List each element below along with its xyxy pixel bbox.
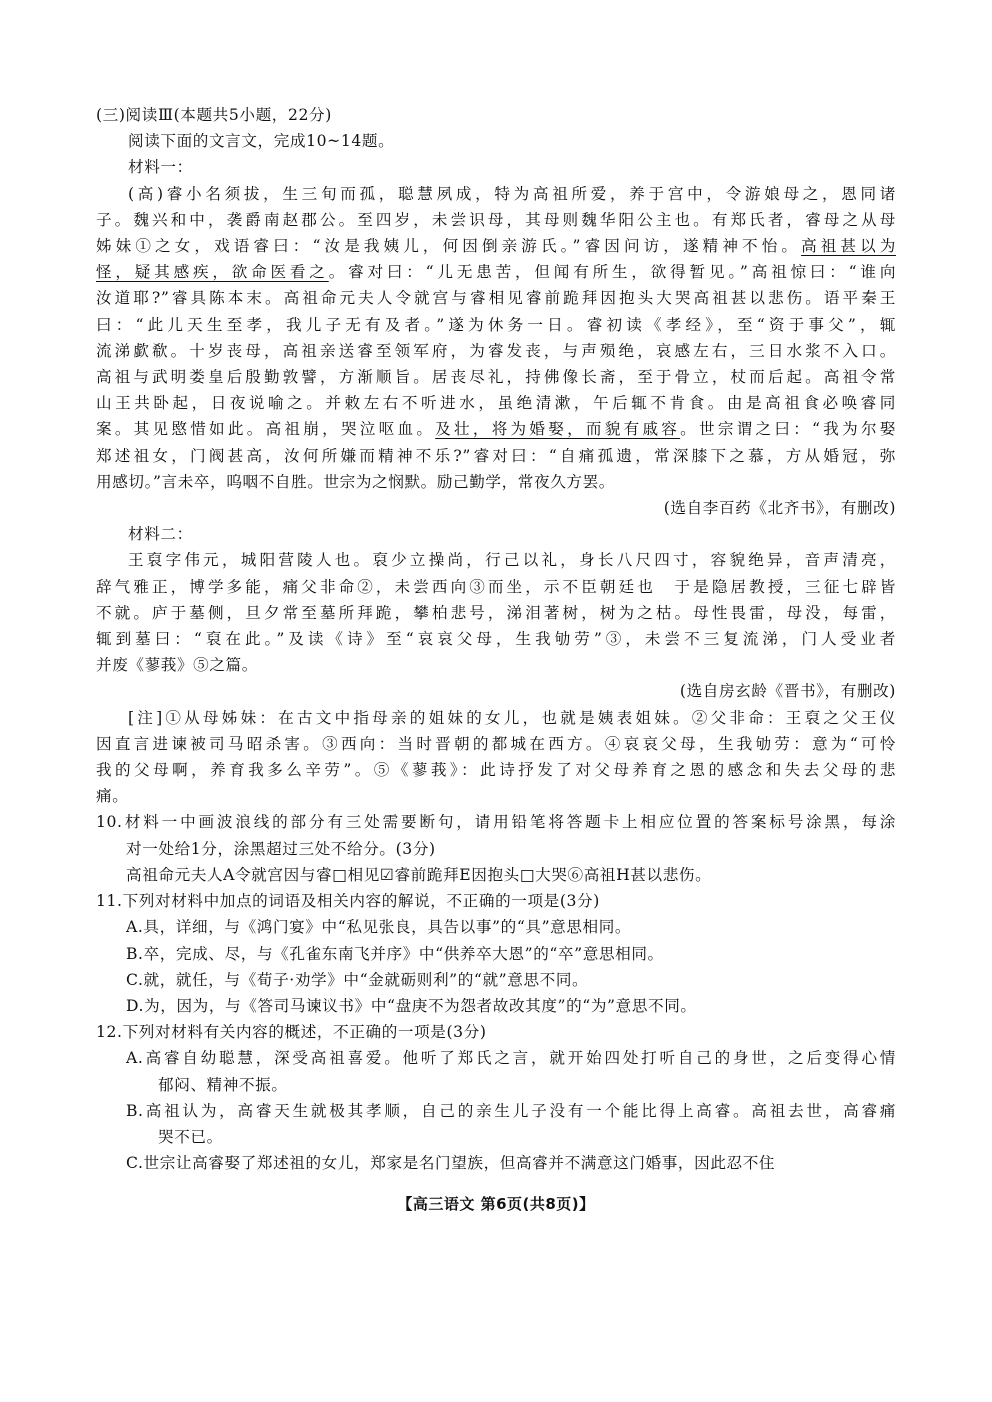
question-stem: 11.下列对材料中加点的词语及相关内容的解说，不正确的一项是(3分) (96, 888, 896, 914)
text-line: 曰：“此儿天生至孝，我儿子无有及者。”遂为休务一日。睿初读《孝经》，至“资于事父… (96, 312, 896, 338)
question-12: 12.下列对材料有关内容的概述，不正确的一项是(3分) A.高睿自幼聪慧，深受高… (96, 1019, 896, 1176)
text-line: 高祖与武明娄皇后殷勤敦譬，方渐顺旨。居丧尽礼，持佛像长斋，至于骨立，杖而后起。高… (96, 364, 896, 390)
question-stem: 10.材料一中画波浪线的部分有三处需要断句，请用铅笔将答题卡上相应位置的答案标号… (96, 809, 896, 835)
question-stem: 对一处给1分，涂黑超过三处不给分。(3分) (96, 836, 896, 862)
page-footer: 【高三语文 第6页(共8页)】 (0, 1193, 992, 1214)
text-line: 姊妹①之女，戏语睿曰：“汝是我姨儿，何因倒亲游氏。”睿因问访，遂精神不怡。高祖甚… (96, 233, 896, 259)
section-instruction: 阅读下面的文言文，完成10~14题。 (96, 128, 896, 154)
text-line: 王裒字伟元，城阳营陵人也。裒少立操尚，行己以礼，身长八尺四寸，容貌绝异，音声清亮… (96, 547, 896, 573)
underlined-phrase: 高祖甚以为 (801, 237, 896, 255)
text-line: 用感切。”言未卒，呜咽不自胜。世宗为之悯默。励己勤学，常夜久方罢。 (96, 469, 896, 495)
option-b: B.卒，完成、尽，与《孔雀东南飞并序》中“供养卒大恩”的“卒”意思相同。 (96, 941, 896, 967)
material2-label: 材料二： (96, 521, 896, 547)
answer-sentence: 高祖命元夫人A令就宫因与睿□相见☑睿前跪拜E因抱头□大哭⑥高祖H甚以悲伤。 (96, 862, 896, 888)
option-d: D.为，因为，与《答司马谏议书》中“盘庚不为怨者故改其度”的“为”意思不同。 (96, 993, 896, 1019)
question-10: 10.材料一中画波浪线的部分有三处需要断句，请用铅笔将答题卡上相应位置的答案标号… (96, 809, 896, 888)
material1-label: 材料一： (96, 154, 896, 180)
text-line: 辄到墓曰：“裒在此。”及读《诗》至“哀哀父母，生我劬劳”③，未尝不三复流涕，门人… (96, 626, 896, 652)
underlined-phrase: 怪，疑其感疾，欲命医看之 (96, 263, 329, 281)
text-line: 并废《蓼莪》⑤之篇。 (96, 652, 896, 678)
note-line: 因直言进谏被司马昭杀害。③西向：当时晋朝的都城在西方。④哀哀父母，生我劬劳：意为… (96, 731, 896, 757)
exam-page: (三)阅读Ⅲ(本题共5小题，22分) 阅读下面的文言文，完成10~14题。 材料… (96, 102, 896, 1176)
question-stem: 12.下列对材料有关内容的概述，不正确的一项是(3分) (96, 1019, 896, 1045)
text-line: 子。魏兴和中，袭爵南赵郡公。至四岁，未尝识母，其母则魏华阳公主也。有郑氏者，睿母… (96, 207, 896, 233)
material2-source: (选自房玄龄《晋书》，有删改) (96, 678, 896, 704)
text-line: 案。其见愍惜如此。高祖崩，哭泣呕血。及壮，将为婚娶，而貌有戚容。世宗谓之曰：“我… (96, 416, 896, 442)
underlined-phrase: 及壮，将为婚娶，而貌有戚容 (435, 420, 680, 438)
notes: [注]①从母姊妹：在古文中指母亲的姐妹的女儿，也就是姨表姐妹。②父非命：王裒之父… (96, 705, 896, 810)
option-c: C.世宗让高睿娶了郑述祖的女儿，郑家是名门望族，但高睿并不满意这门婚事，因此忍不… (96, 1150, 896, 1176)
option-a: A.高睿自幼聪慧，深受高祖喜爱。他听了郑氏之言，就开始四处打听自己的身世，之后变… (96, 1045, 896, 1071)
text-line: 不就。庐于墓侧，旦夕常至墓所拜跪，攀柏悲号，涕泪著树，树为之枯。母性畏雷，母没，… (96, 600, 896, 626)
note-line: [注]①从母姊妹：在古文中指母亲的姐妹的女儿，也就是姨表姐妹。②父非命：王裒之父… (96, 705, 896, 731)
option-b-cont: 哭不已。 (96, 1124, 896, 1150)
option-a-cont: 郁闷、精神不振。 (96, 1072, 896, 1098)
text-line: 流涕歔欷。十岁丧母，高祖亲送睿至领军府，为睿发丧，与声殒绝，哀感左右，三日水浆不… (96, 338, 896, 364)
text-line: 辞气雅正，博学多能，痛父非命②，未尝西向③而坐，示不臣朝廷也 于是隐居教授，三征… (96, 574, 896, 600)
text-line: 怪，疑其感疾，欲命医看之。睿对曰：“儿无患苦，但闻有所生，欲得暂见。”高祖惊曰：… (96, 259, 896, 285)
option-a: A.具，详细，与《鸿门宴》中“私见张良，具告以事”的“具”意思相同。 (96, 914, 896, 940)
text-line: 郑述祖女，门阀甚高，汝何所嫌而精神不乐?”睿对曰：“自痛孤遗，常深膝下之慕，方从… (96, 443, 896, 469)
text-line: 汝道耶?”睿具陈本末。高祖命元夫人令就宫与睿相见睿前跪拜因抱头大哭高祖甚以悲伤。… (96, 285, 896, 311)
text-line: (高)睿小名须拔，生三旬而孤，聪慧夙成，特为高祖所爱，养于宫中，令游娘母之，恩同… (96, 181, 896, 207)
option-c: C.就，就任，与《荀子·劝学》中“金就砺则利”的“就”意思不同。 (96, 967, 896, 993)
material2-body: 王裒字伟元，城阳营陵人也。裒少立操尚，行己以礼，身长八尺四寸，容貌绝异，音声清亮… (96, 547, 896, 678)
option-b: B.高祖认为，高睿天生就极其孝顺，自己的亲生儿子没有一个能比得上高睿。高祖去世，… (96, 1098, 896, 1124)
note-line: 痛。 (96, 783, 896, 809)
question-11: 11.下列对材料中加点的词语及相关内容的解说，不正确的一项是(3分) A.具，详… (96, 888, 896, 1019)
text-line: 山王共卧起，日夜说喻之。并敕左右不听进水，虽绝清漱，午后辄不肯食。由是高祖食必唤… (96, 390, 896, 416)
section-title: (三)阅读Ⅲ(本题共5小题，22分) (96, 102, 896, 128)
material1-body: (高)睿小名须拔，生三旬而孤，聪慧夙成，特为高祖所爱，养于宫中，令游娘母之，恩同… (96, 181, 896, 495)
material1-source: (选自李百药《北齐书》，有删改) (96, 495, 896, 521)
note-line: 我的父母啊，养育我多么辛劳”。⑤《蓼莪》：此诗抒发了对父母养育之恩的感念和失去父… (96, 757, 896, 783)
